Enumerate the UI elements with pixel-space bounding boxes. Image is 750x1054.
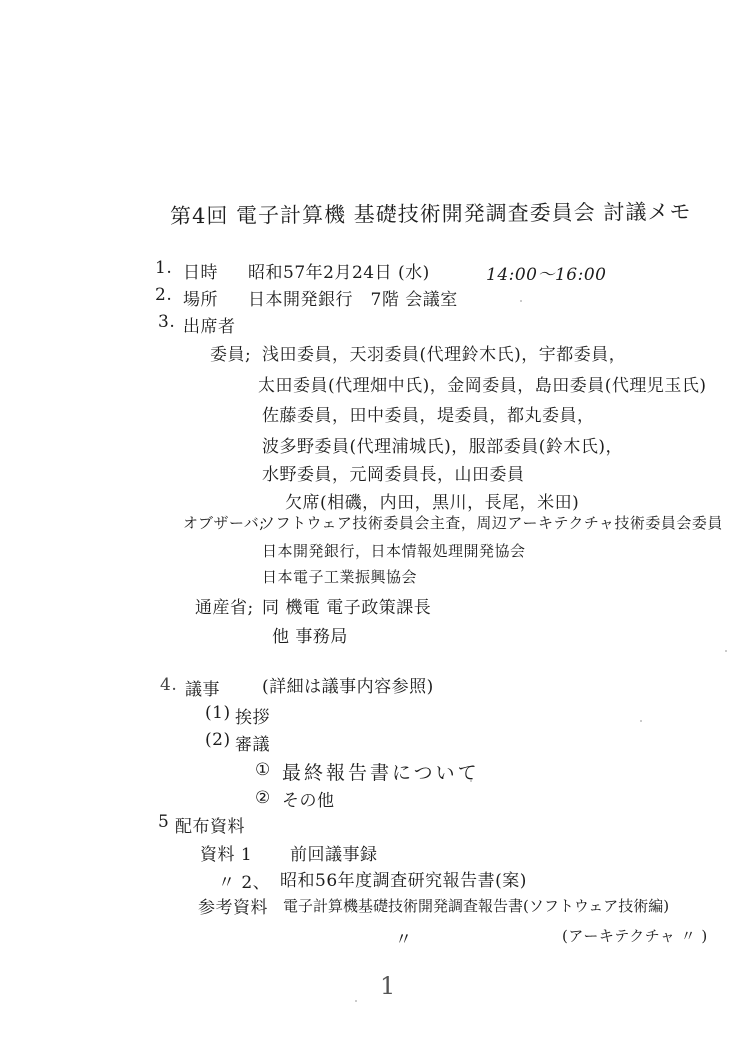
material-label: 参考資料: [198, 893, 268, 918]
page-number: 1: [380, 972, 396, 1000]
scan-speck: [610, 360, 612, 362]
date-label: 日時: [183, 258, 218, 283]
scan-speck: [520, 300, 522, 302]
material-text: 昭和56年度調査研究報告書(案): [280, 866, 527, 891]
date-num: 1.: [155, 258, 172, 278]
scan-speck: [470, 780, 472, 782]
members-line: 浅田委員，天羽委員(代理鈴木氏)，宇都委員，: [262, 340, 626, 365]
agenda-item-text: 審議: [235, 730, 270, 755]
observers-label: オブザーバ;: [183, 512, 265, 533]
material-label: 〃 2、: [218, 868, 270, 893]
materials-num: 5: [158, 812, 169, 832]
ministry-label: 通産省;: [195, 593, 254, 618]
agenda-subitem-num: ②: [255, 788, 271, 808]
agenda-note: (詳細は議事内容参照): [262, 672, 434, 697]
agenda-num: 4.: [160, 675, 177, 695]
ministry-line: 他 事務局: [272, 622, 348, 647]
scan-speck: [725, 650, 727, 652]
attendees-num: 3.: [158, 312, 175, 332]
agenda-item-text: 挨拶: [235, 703, 270, 728]
members-line: 水野委員，元岡委員長，山田委員: [262, 460, 525, 485]
date-value: 昭和57年2月24日 (水): [248, 258, 430, 283]
materials-label: 配布資料: [175, 812, 245, 837]
scan-speck: [355, 1000, 357, 1002]
members-line: 波多野委員(代理浦城氏)，服部委員(鈴木氏)，: [262, 432, 623, 457]
material-label: 資料 1: [200, 840, 252, 865]
agenda-label: 議事: [185, 675, 220, 700]
time-value: 14:00〜16:00: [486, 260, 606, 285]
agenda-subitem-num: ①: [255, 760, 271, 780]
place-value: 日本開発銀行 7階 会議室: [248, 285, 458, 310]
attendees-label: 出席者: [183, 312, 236, 337]
agenda-item-num: (1): [205, 703, 231, 723]
material-text: (アーキテクチャ 〃 ): [562, 925, 708, 946]
members-line: 佐藤委員，田中委員，堤委員，都丸委員，: [262, 401, 595, 426]
ministry-line: 同 機電 電子政策課長: [262, 593, 431, 618]
observers-line: 日本開発銀行，日本情報処理開発協会: [262, 540, 526, 561]
place-num: 2.: [155, 285, 172, 305]
material-text: 電子計算機基礎技術開発調査報告書(ソフトウェア技術編): [283, 895, 669, 916]
agenda-subitem-text: 最終報告書について: [282, 758, 480, 785]
scan-speck: [640, 720, 642, 722]
agenda-subitem-text: その他: [282, 786, 335, 811]
absent-line: 欠席(相磯，内田，黒川，長尾，米田): [285, 488, 579, 513]
document-title: 第4回 電子計算機 基礎技術開発調査委員会 討議メモ: [170, 196, 692, 231]
material-text: 前回議事録: [290, 840, 378, 865]
material-label: 〃: [395, 925, 413, 950]
members-label: 委員;: [210, 340, 251, 365]
memo-page: 第4回 電子計算機 基礎技術開発調査委員会 討議メモ 1. 日時 昭和57年2月…: [0, 0, 750, 1054]
place-label: 場所: [183, 285, 218, 310]
agenda-item-num: (2): [205, 730, 231, 750]
observers-line: ソフトウェア技術委員会主査，周辺アーキテクチャ技術委員会委員: [260, 512, 723, 533]
members-line: 太田委員(代理畑中氏)，金岡委員，島田委員(代理児玉氏): [258, 371, 707, 396]
observers-line: 日本電子工業振興協会: [262, 566, 417, 587]
